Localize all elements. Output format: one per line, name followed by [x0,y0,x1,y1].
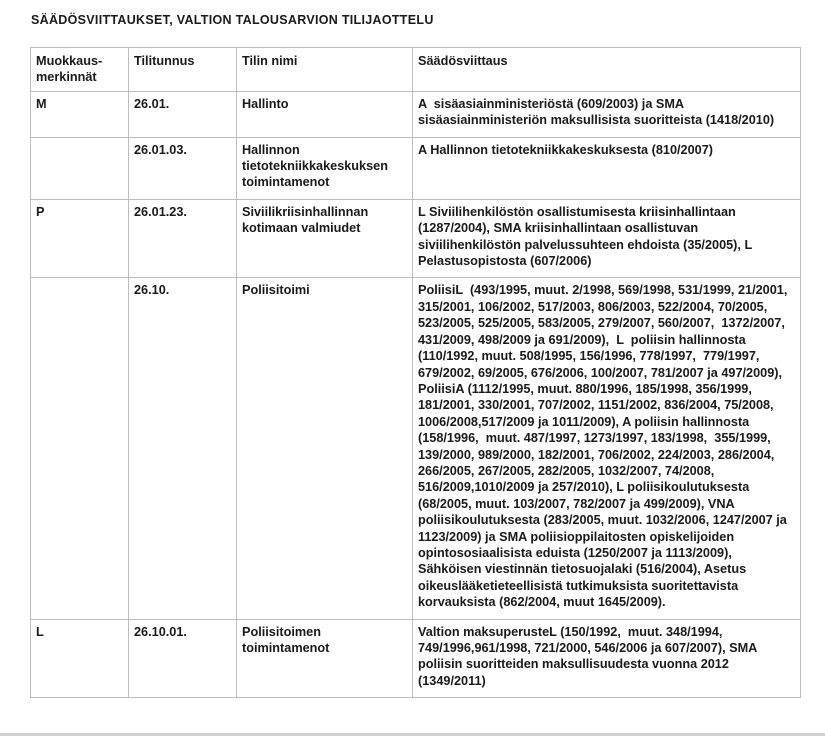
cell-tilitunnus: 26.01.23. [129,199,237,278]
table-row: M 26.01. Hallinto A sisäasiainministeriö… [31,91,801,137]
cell-saadosviittaus: A Hallinnon tietotekniikkakeskuksesta (8… [413,137,801,199]
page-title: SÄÄDÖSVIITTAUKSET, VALTION TALOUSARVION … [31,13,800,27]
cell-muokkausmerkinnat [31,137,129,199]
cell-tilin-nimi: Poliisitoimen toimintamenot [237,619,413,698]
cell-tilitunnus: 26.10.01. [129,619,237,698]
cell-saadosviittaus: L Siviilihenkilöstön osallistumisesta kr… [413,199,801,278]
document-page: SÄÄDÖSVIITTAUKSET, VALTION TALOUSARVION … [0,0,825,741]
table-row: P 26.01.23. Siviilikriisinhallinnan koti… [31,199,801,278]
table-row: 26.10. Poliisitoimi PoliisiL (493/1995, … [31,278,801,619]
cell-saadosviittaus: Valtion maksuperusteL (150/1992, muut. 3… [413,619,801,698]
column-header-saadosviittaus: Säädösviittaus [413,48,801,92]
cell-tilin-nimi: Poliisitoimi [237,278,413,619]
cell-tilin-nimi: Hallinto [237,91,413,137]
cell-saadosviittaus: A sisäasiainministeriöstä (609/2003) ja … [413,91,801,137]
cell-muokkausmerkinnat [31,278,129,619]
page-bottom-divider [0,733,825,736]
table-row: L 26.10.01. Poliisitoimen toimintamenot … [31,619,801,698]
cell-muokkausmerkinnat: P [31,199,129,278]
cell-saadosviittaus: PoliisiL (493/1995, muut. 2/1998, 569/19… [413,278,801,619]
cell-tilitunnus: 26.01.03. [129,137,237,199]
table-header-row: Muokkaus-merkinnät Tilitunnus Tilin nimi… [31,48,801,92]
statutory-reference-table: Muokkaus-merkinnät Tilitunnus Tilin nimi… [30,47,801,698]
cell-tilin-nimi: Siviilikriisinhallinnan kotimaan valmiud… [237,199,413,278]
table-row: 26.01.03. Hallinnon tietotekniikkakeskuk… [31,137,801,199]
cell-tilin-nimi: Hallinnon tietotekniikkakeskuksen toimin… [237,137,413,199]
cell-muokkausmerkinnat: M [31,91,129,137]
cell-muokkausmerkinnat: L [31,619,129,698]
cell-tilitunnus: 26.01. [129,91,237,137]
column-header-tilin-nimi: Tilin nimi [237,48,413,92]
column-header-tilitunnus: Tilitunnus [129,48,237,92]
cell-tilitunnus: 26.10. [129,278,237,619]
column-header-muokkausmerkinnat: Muokkaus-merkinnät [31,48,129,92]
